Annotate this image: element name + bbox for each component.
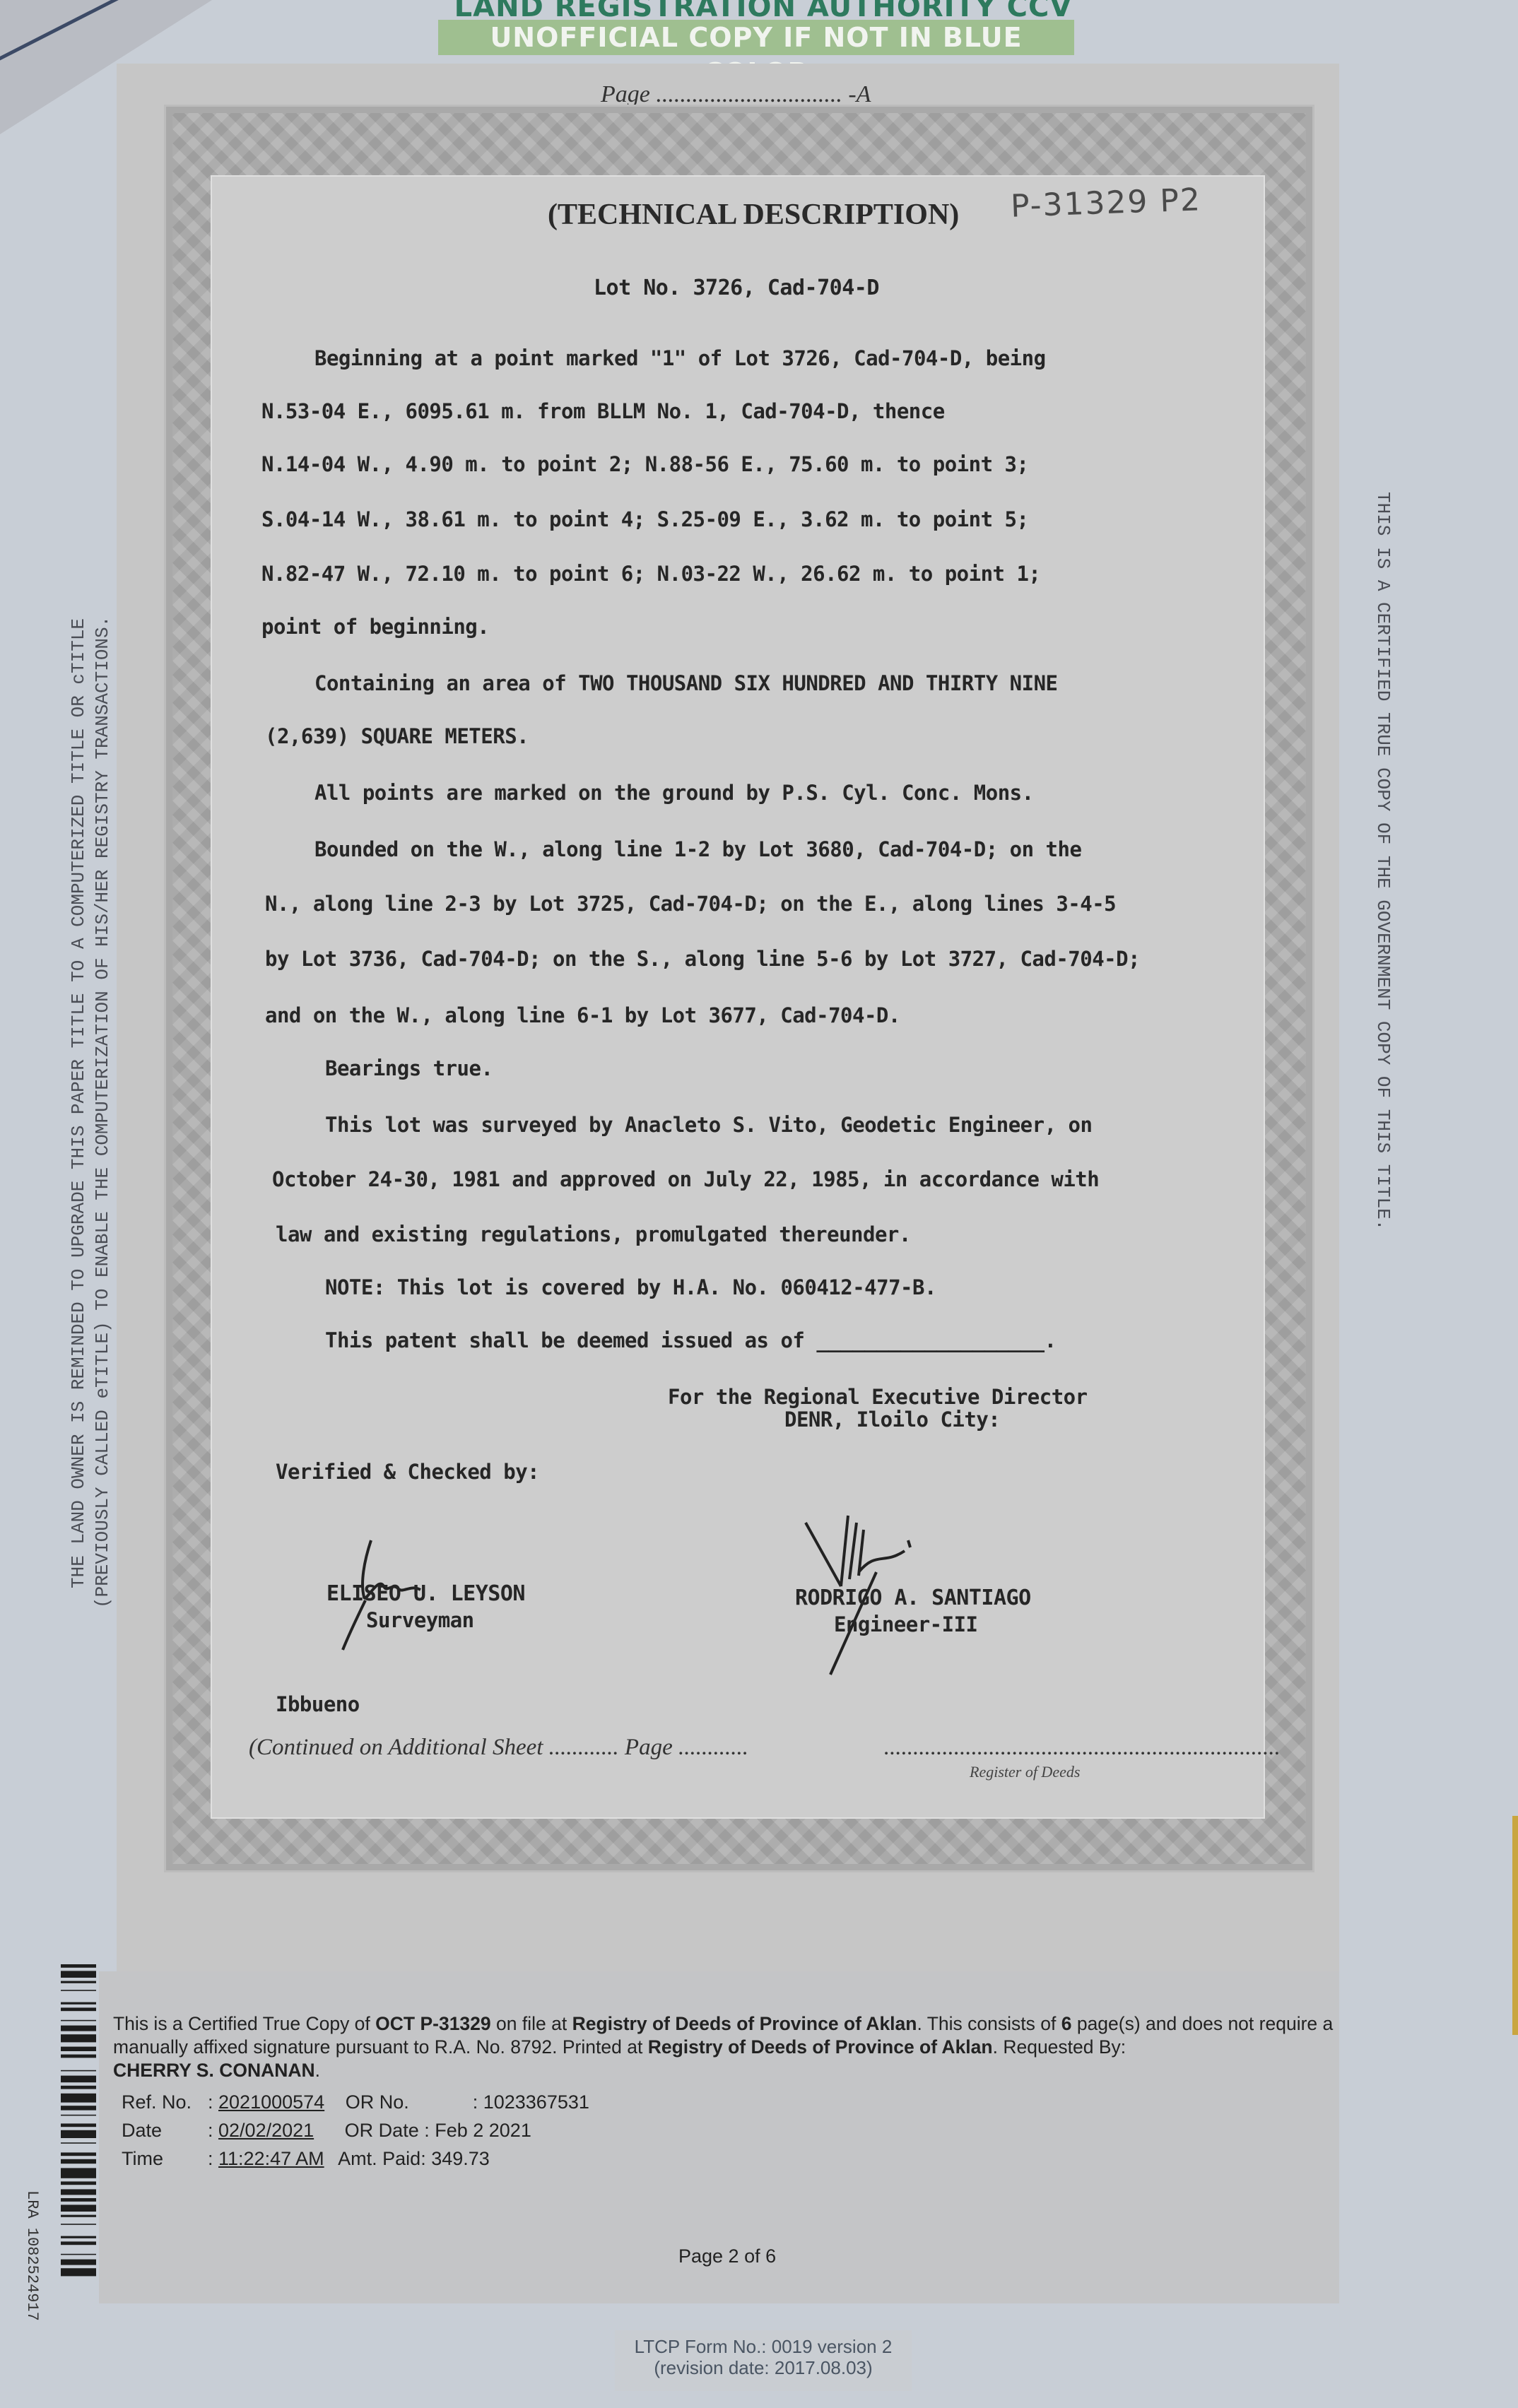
document-title: (TECHNICAL DESCRIPTION) xyxy=(548,198,959,232)
description-line: Bearings true. xyxy=(325,1056,493,1080)
signatory-right-name: RODRIGO A. SANTIAGO xyxy=(795,1586,1031,1610)
description-line: N.14-04 W., 4.90 m. to point 2; N.88-56 … xyxy=(261,452,1028,476)
description-line: All points are marked on the ground by P… xyxy=(314,781,1034,805)
typist-initials: Ibbueno xyxy=(276,1692,360,1716)
meta-row-ref: Ref. No.: 2021000574 OR No. : 1023367531 xyxy=(122,2091,589,2113)
description-line: by Lot 3736, Cad-704-D; on the S., along… xyxy=(265,947,1140,971)
request-time: 11:22:47 AM xyxy=(218,2148,324,2169)
description-line: (2,639) SQUARE METERS. xyxy=(265,724,529,748)
description-line: and on the W., along line 6-1 by Lot 367… xyxy=(265,1003,900,1027)
description-line: S.04-14 W., 38.61 m. to point 4; S.25-09… xyxy=(261,507,1028,531)
registry-name: Registry of Deeds of Province of Aklan xyxy=(572,2013,917,2034)
register-signature-line: ........................................… xyxy=(883,1735,1280,1761)
description-line: Beginning at a point marked "1" of Lot 3… xyxy=(314,346,1046,370)
for-director-line-1: For the Regional Executive Director xyxy=(668,1385,1088,1409)
unofficial-copy-banner: UNOFFICIAL COPY IF NOT IN BLUE COLOR xyxy=(438,20,1074,55)
description-line: This lot was surveyed by Anacleto S. Vit… xyxy=(325,1113,1092,1137)
description-line: N., along line 2-3 by Lot 3725, Cad-704-… xyxy=(265,892,1116,916)
description-line: October 24-30, 1981 and approved on July… xyxy=(272,1167,1099,1191)
description-line: N.82-47 W., 72.10 m. to point 6; N.03-22… xyxy=(261,562,1040,586)
or-date: Feb 2 2021 xyxy=(435,2120,531,2141)
continued-line: (Continued on Additional Sheet .........… xyxy=(249,1735,748,1761)
verified-label: Verified & Checked by: xyxy=(276,1460,539,1484)
certification-statement: This is a Certified True Copy of OCT P-3… xyxy=(113,2012,1336,2082)
page-count: 6 xyxy=(1061,2013,1072,2034)
left-reminder-line-2: (PREVIOUSLY CALLED eTITLE) TO ENABLE THE… xyxy=(92,616,113,1608)
description-line: This patent shall be deemed issued as of… xyxy=(325,1328,1057,1352)
barcode-icon xyxy=(58,1957,99,2282)
description-line: law and existing regulations, promulgate… xyxy=(276,1222,911,1246)
signatory-left-name: ELISEO U. LEYSON xyxy=(326,1581,525,1606)
left-reminder-line-1: THE LAND OWNER IS REMINDED TO UPGRADE TH… xyxy=(68,618,89,1588)
request-date: 02/02/2021 xyxy=(218,2120,314,2141)
ref-number: 2021000574 xyxy=(218,2091,324,2113)
for-director-line-2: DENR, Iloilo City: xyxy=(784,1407,1000,1432)
handwritten-reference: P-31329 P2 xyxy=(1010,182,1202,224)
edge-strip xyxy=(1512,1816,1518,2035)
right-certified-note: THIS IS A CERTIFIED TRUE COPY OF THE GOV… xyxy=(1372,492,1394,1230)
or-number: 1023367531 xyxy=(483,2091,589,2113)
meta-row-time: Time: 11:22:47 AM Amt. Paid: 349.73 xyxy=(122,2148,490,2170)
form-number-box: LTCP Form No.: 0019 version 2 (revision … xyxy=(615,2330,912,2391)
description-line: NOTE: This lot is covered by H.A. No. 06… xyxy=(325,1275,936,1299)
signatory-right-title: Engineer-III xyxy=(834,1612,978,1636)
description-line: point of beginning. xyxy=(261,615,489,639)
register-of-deeds-label: Register of Deeds xyxy=(970,1763,1080,1781)
page-indicator: Page 2 of 6 xyxy=(678,2245,776,2267)
description-line: N.53-04 E., 6095.61 m. from BLLM No. 1, … xyxy=(261,399,945,423)
title-number: OCT P-31329 xyxy=(375,2013,491,2034)
description-line: Containing an area of TWO THOUSAND SIX H… xyxy=(314,671,1058,695)
revision-date: (revision date: 2017.08.03) xyxy=(615,2357,912,2378)
form-number: LTCP Form No.: 0019 version 2 xyxy=(615,2336,912,2357)
barcode-number: LRA 1082524917 xyxy=(23,2190,41,2321)
lot-heading: Lot No. 3726, Cad-704-D xyxy=(594,276,879,300)
requester-name: CHERRY S. CONANAN xyxy=(113,2060,315,2081)
description-line: Bounded on the W., along line 1-2 by Lot… xyxy=(314,837,1081,861)
meta-row-date: Date: 02/02/2021 OR Date : Feb 2 2021 xyxy=(122,2120,531,2142)
amount-paid: 349.73 xyxy=(431,2148,490,2169)
signatory-left-title: Surveyman xyxy=(366,1608,474,1632)
